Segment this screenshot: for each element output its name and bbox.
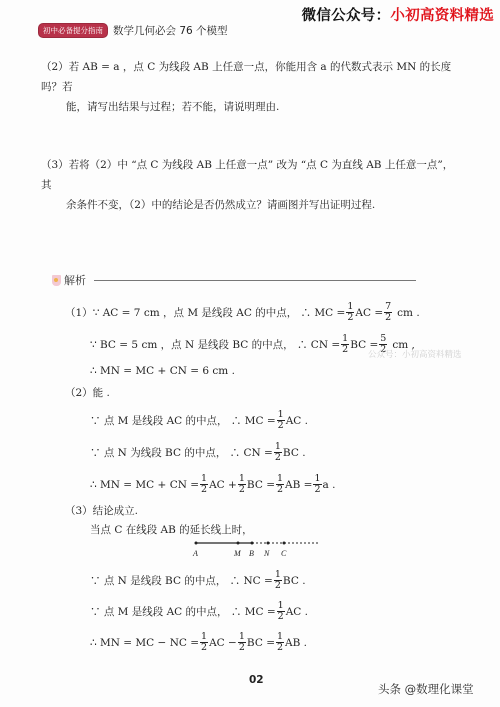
- denominator: 2: [277, 612, 285, 622]
- watermark-bottom: 头条 @数理化课堂: [378, 681, 474, 697]
- denominator: 2: [274, 453, 282, 463]
- solution-2-label: （2）能 .: [65, 385, 110, 400]
- text: BC .: [283, 447, 306, 459]
- fraction: 12: [346, 302, 354, 323]
- solution-2-line1: ∵ 点 M 是线段 AC 的中点， ∴ MC = 12 AC .: [90, 410, 308, 431]
- denominator: 2: [274, 581, 282, 591]
- text: BC =: [247, 637, 275, 649]
- denominator: 2: [277, 421, 285, 431]
- solution-2-line2: ∵ 点 N 为线段 BC 的中点， ∴ CN = 12 BC .: [90, 442, 306, 463]
- watermark-mid: 公众号：小初高资料精选: [368, 348, 462, 360]
- fraction: 12: [238, 474, 246, 495]
- solution-3-label: （3）结论成立.: [65, 503, 138, 518]
- solution-3-line3: ∴ MN = MC − NC = 12 AC − 12 BC = 12 AB .: [90, 632, 307, 653]
- text: ∵ 点 M 是线段 AC 的中点， ∴ MC =: [90, 604, 276, 619]
- question-2-line2: 能，请写出结果与过程；若不能，请说明理由.: [41, 97, 461, 117]
- denominator: 2: [238, 643, 246, 653]
- heading-divider: [94, 280, 416, 281]
- solution-3-intro: 当点 C 在线段 AB 的延长线上时，: [90, 522, 253, 537]
- solution-3-line1: ∵ 点 N 是线段 BC 的中点， ∴ NC = 12 BC .: [90, 570, 306, 591]
- text: AC +: [209, 479, 237, 491]
- question-2: （2）若 AB = a ，点 C 为线段 AB 上任意一点，你能用含 a 的代数…: [41, 57, 461, 117]
- part-label: （3）结论成立.: [65, 503, 138, 518]
- fraction: 12: [200, 632, 208, 653]
- solution-1-line1: （1） ∵ AC = 7 cm ，点 M 是线段 AC 的中点， ∴ MC = …: [65, 302, 420, 323]
- text: ∴ MN = MC + CN =: [90, 479, 199, 491]
- analysis-label: 解析: [64, 272, 86, 288]
- series-badge: 初中必备提分指南: [38, 23, 108, 38]
- fraction: 12: [274, 570, 282, 591]
- text: AC .: [286, 606, 308, 618]
- denominator: 2: [200, 485, 208, 495]
- solution-3-line2: ∵ 点 M 是线段 AC 的中点， ∴ MC = 12 AC .: [90, 601, 308, 622]
- text: ∴ MN = MC + CN = 6 cm .: [90, 365, 235, 377]
- text: ∵ 点 M 是线段 AC 的中点， ∴ MC =: [90, 413, 276, 428]
- bookmark-icon: [52, 275, 61, 286]
- question-2-line1: （2）若 AB = a ，点 C 为线段 AB 上任意一点，你能用含 a 的代数…: [41, 57, 461, 97]
- denominator: 2: [238, 485, 246, 495]
- text: 当点 C 在线段 AB 的延长线上时，: [90, 522, 253, 537]
- denominator: 2: [276, 485, 284, 495]
- question-3-line1: （3）若将（2）中 “点 C 为线段 AB 上任意一点” 改为 “点 C 为直线…: [41, 155, 461, 195]
- part-label: （1）: [65, 305, 93, 320]
- text: ∵ 点 N 为线段 BC 的中点， ∴ CN =: [90, 445, 273, 460]
- denominator: 2: [346, 313, 354, 323]
- fraction: 12: [276, 474, 284, 495]
- text: ∴ MN = MC − NC =: [90, 637, 199, 649]
- fraction: 72: [384, 302, 392, 323]
- point-label-c: C: [281, 549, 286, 558]
- solution-1-line2: ∵ BC = 5 cm ，点 N 是线段 BC 的中点， ∴ CN = 12 B…: [90, 334, 415, 355]
- watermark-prefix: 微信公众号：: [302, 8, 391, 24]
- denominator: 2: [276, 643, 284, 653]
- text: BC .: [283, 575, 306, 587]
- text: AC .: [286, 415, 308, 427]
- fraction: 12: [238, 632, 246, 653]
- fraction: 12: [200, 474, 208, 495]
- solution-2-line3: ∴ MN = MC + CN = 12 AC + 12 BC = 12 AB =…: [90, 474, 335, 495]
- denominator: 2: [341, 345, 349, 355]
- point-label-a: A: [193, 549, 198, 558]
- fraction: 12: [277, 601, 285, 622]
- text: AB .: [285, 637, 307, 649]
- part-label: （2）能 .: [65, 385, 110, 400]
- text: AB =: [285, 479, 312, 491]
- fraction: 12: [277, 410, 285, 431]
- watermark-name: 小初高资料精选: [390, 8, 494, 24]
- denominator: 2: [384, 313, 392, 323]
- page-number: 02: [249, 674, 264, 686]
- text: AC =: [355, 307, 383, 319]
- point-label-m: M: [234, 549, 241, 558]
- text: ∵ BC = 5 cm ，点 N 是线段 BC 的中点， ∴ CN =: [90, 337, 340, 352]
- fraction: 12: [341, 334, 349, 355]
- segment-svg: [193, 537, 323, 549]
- question-3-line2: 余条件不变，（2）中的结论是否仍然成立？请画图并写出证明过程.: [41, 195, 461, 215]
- line-diagram: A M B N C: [193, 537, 323, 561]
- point-label-n: N: [264, 549, 269, 558]
- book-title: 数学几何必会 76 个模型: [113, 23, 228, 38]
- fraction: 12: [313, 474, 321, 495]
- text: ∵ 点 N 是线段 BC 的中点， ∴ NC =: [90, 573, 273, 588]
- text: cm .: [397, 307, 420, 319]
- denominator: 2: [200, 643, 208, 653]
- fraction: 12: [274, 442, 282, 463]
- analysis-heading: 解析: [52, 272, 416, 288]
- fraction: 12: [276, 632, 284, 653]
- text: BC =: [247, 479, 275, 491]
- point-label-b: B: [249, 549, 254, 558]
- text: a .: [323, 479, 336, 491]
- question-3: （3）若将（2）中 “点 C 为线段 AB 上任意一点” 改为 “点 C 为直线…: [41, 155, 461, 215]
- solution-1-line3: ∴ MN = MC + CN = 6 cm .: [90, 365, 235, 377]
- denominator: 2: [313, 485, 321, 495]
- page-header: 初中必备提分指南 数学几何必会 76 个模型: [38, 23, 228, 38]
- text: AC −: [209, 637, 237, 649]
- watermark-top: 微信公众号：小初高资料精选: [302, 4, 494, 25]
- text: ∵ AC = 7 cm ，点 M 是线段 AC 的中点， ∴ MC =: [93, 305, 346, 320]
